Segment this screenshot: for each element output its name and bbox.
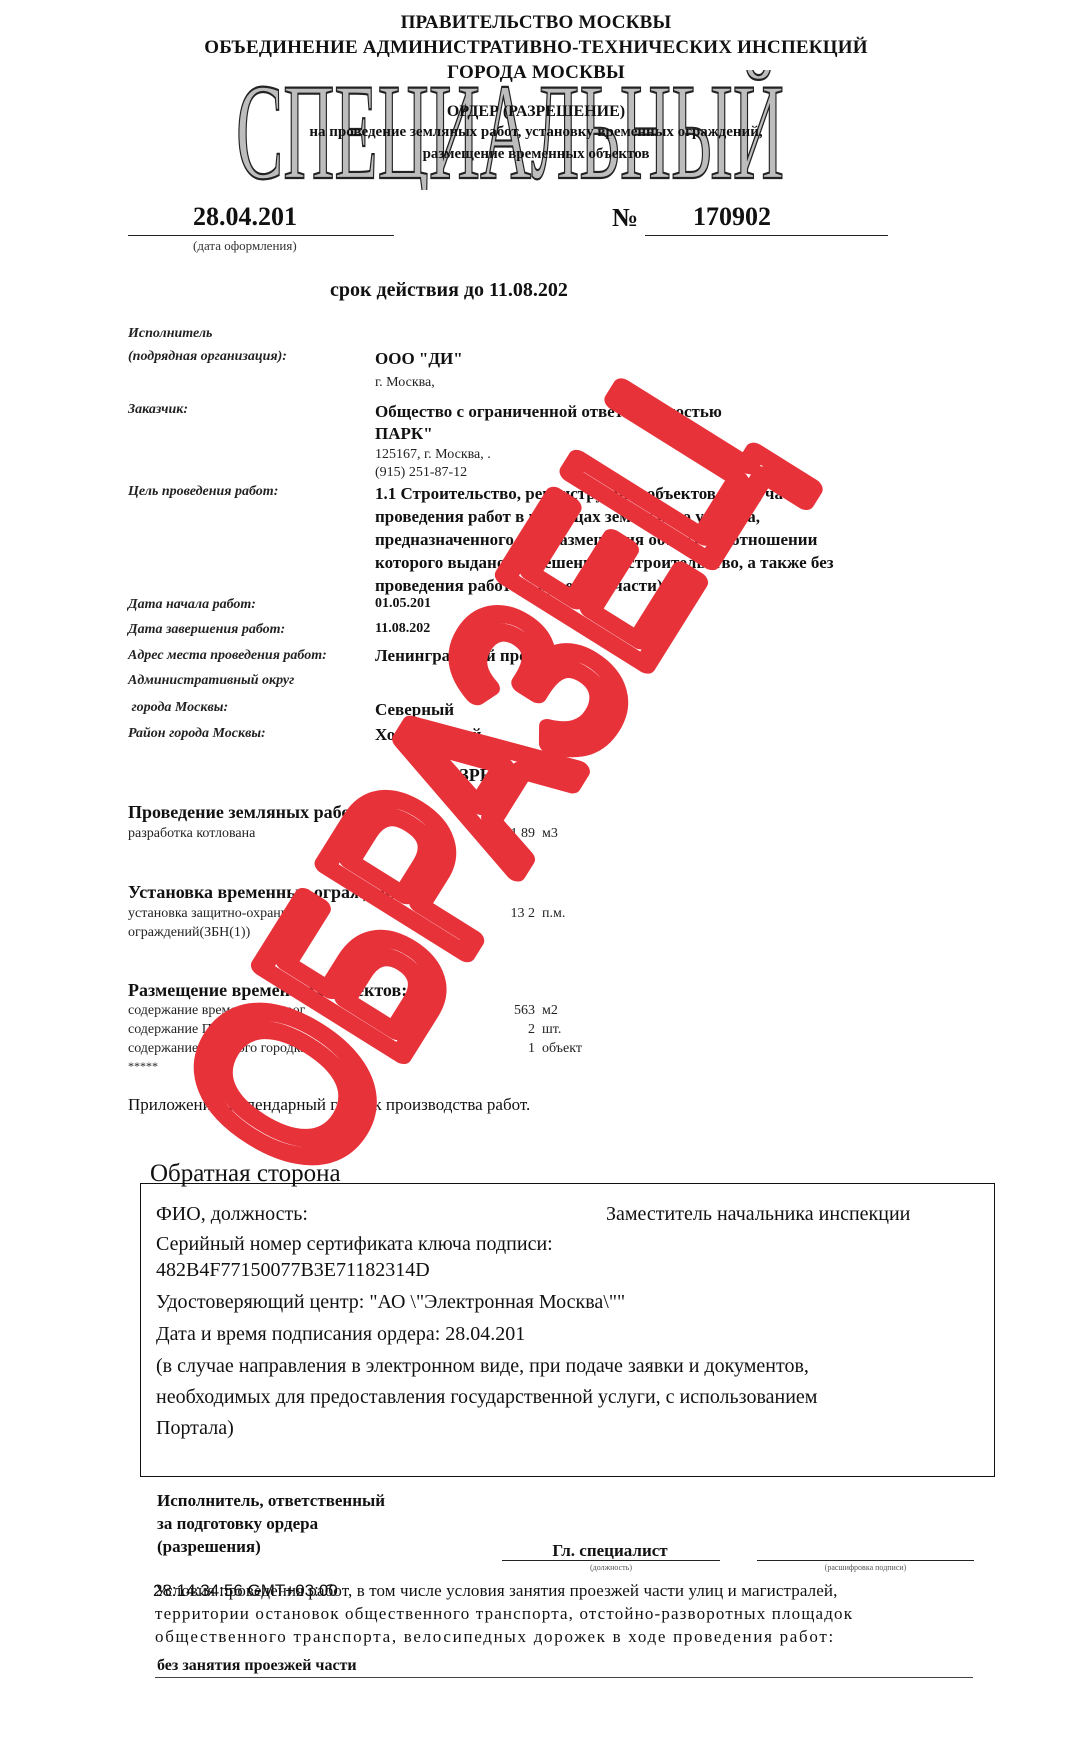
fio-label: ФИО, должность: (156, 1203, 308, 1226)
contractor-name: ООО "ДИ" (375, 349, 463, 369)
work-item-name: установка защитно-охранных (128, 906, 305, 922)
issue-date: 28.04.201 (193, 202, 297, 232)
permitted-title: РАЗРЕШЕНО: (438, 765, 558, 786)
conditions-line: территории остановок общественного транс… (155, 1604, 853, 1624)
work-item-name: содержание временных дорог (128, 1003, 305, 1019)
issue-date-underline (128, 235, 394, 236)
certificate-authority: Удостоверяющий центр: "АО \"Электронная … (156, 1291, 625, 1314)
purpose-line: 1.1 Строительство, реконструкция объекто… (375, 484, 791, 504)
work-item-name: разработка котлована (128, 826, 255, 842)
section-title-earthworks: Проведение земляных работ: (128, 802, 365, 823)
serial-label: Серийный номер сертификата ключа подписи… (156, 1233, 553, 1256)
order-title: ОРДЕР (РАЗРЕШЕНИЕ) (0, 103, 1072, 121)
okrug-label-1: Административный округ (128, 673, 294, 689)
address-label: Адрес места проведения работ: (128, 648, 327, 664)
responsible-label: за подготовку ордера (157, 1514, 318, 1534)
work-item-unit: п.м. (542, 906, 565, 922)
start-date-label: Дата начала работ: (128, 597, 256, 613)
district-label: Район города Москвы: (128, 726, 266, 742)
responsible-position: Гл. специалист (500, 1541, 720, 1561)
purpose-line: проведения работ на проезжей части) (375, 576, 663, 596)
fio-value: Заместитель начальника инспекции (606, 1203, 910, 1226)
signature-caption: (расшифровка подписи) (757, 1563, 974, 1572)
work-item-qty: 13 2 (475, 906, 535, 922)
order-subtitle-2: размещение временных объектов (0, 146, 1072, 163)
work-item-unit: шт. (542, 1022, 561, 1038)
work-item-qty: 1 89 (475, 826, 535, 842)
customer-phone: (915) 251-87-12 (375, 465, 467, 481)
start-date-value: 01.05.201 (375, 596, 431, 612)
serial-value: 482B4F77150077B3E71182314D (156, 1259, 430, 1282)
okrug-value: Северный (375, 700, 454, 720)
issue-date-caption: (дата оформления) (193, 238, 297, 254)
address-value: Ленинградский просп. (375, 646, 549, 666)
timestamp-overlay: 28:14:34:56 GMT+03:00 (153, 1581, 338, 1601)
contractor-label-1: Исполнитель (128, 326, 212, 342)
section-title-temp-objects: Размещение временных объектов: (128, 980, 407, 1001)
work-item-qty: 2 (475, 1022, 535, 1038)
header-organization: ОБЪЕДИНЕНИЕ АДМИНИСТРАТИВНО-ТЕХНИЧЕСКИХ … (0, 37, 1072, 59)
reverse-side-title: Обратная сторона (150, 1160, 341, 1188)
work-item-qty: 1 (475, 1041, 535, 1057)
work-item-name: содержание ПОМК (128, 1022, 244, 1038)
conditions-line: общественного транспорта, велосипедных д… (155, 1627, 835, 1647)
contractor-label-2: (подрядная организация): (128, 349, 287, 365)
work-item-name: содержание бытового городка (128, 1041, 307, 1057)
electronic-note-line: (в случае направления в электронном виде… (156, 1355, 809, 1378)
electronic-note-line: необходимых для предоставления государст… (156, 1386, 817, 1409)
work-item-unit: м3 (542, 826, 558, 842)
end-date-label: Дата завершения работ: (128, 622, 285, 638)
conditions-value: без занятия проезжей части (157, 1657, 357, 1675)
purpose-label: Цель проведения работ: (128, 484, 278, 500)
responsible-label: Исполнитель, ответственный (157, 1491, 385, 1511)
section-title-fences: Установка временных ограждений: (128, 882, 417, 903)
customer-name-2: ПАРК" (375, 424, 433, 444)
purpose-line: которого выдано разрешение на строительс… (375, 553, 834, 573)
work-item-name-cont: ограждений(ЗБН(1)) (128, 925, 250, 941)
position-underline (502, 1560, 720, 1561)
header-government: ПРАВИТЕЛЬСТВО МОСКВЫ (0, 12, 1072, 34)
okrug-label-2: города Москвы: (128, 700, 228, 716)
conditions-underline (155, 1677, 973, 1678)
sign-datetime: Дата и время подписания ордера: 28.04.20… (156, 1323, 525, 1346)
district-value: Хорошевский (375, 725, 481, 745)
order-subtitle-1: на проведение земляных работ, установку … (0, 124, 1072, 141)
end-date-value: 11.08.202 (375, 621, 430, 637)
electronic-note-line: Портала) (156, 1417, 234, 1440)
position-caption: (должность) (502, 1563, 720, 1572)
customer-name-1: Общество с ограниченной ответственностью (375, 402, 722, 422)
appendix-note: Приложение. Календарный график производс… (128, 1095, 530, 1115)
sample-watermark: ОБРАЗЕЦ (0, 0, 1072, 1746)
work-item-unit: объект (542, 1041, 582, 1057)
contractor-city: г. Москва, (375, 375, 435, 391)
order-number-underline (645, 235, 888, 236)
order-number: 170902 (693, 202, 771, 232)
signature-underline (757, 1560, 974, 1561)
purpose-line: предназначенного для размещения объекта,… (375, 530, 817, 550)
work-item-unit: м2 (542, 1003, 558, 1019)
responsible-label: (разрешения) (157, 1537, 261, 1557)
number-sign: № (612, 203, 638, 233)
validity-period: срок действия до 11.08.202 (330, 279, 568, 302)
customer-label: Заказчик: (128, 402, 188, 418)
customer-address: 125167, г. Москва, . (375, 447, 491, 463)
purpose-line: проведения работ в границах земельного у… (375, 507, 760, 527)
section-footer-stars: ***** (128, 1059, 158, 1074)
work-item-qty: 563 (475, 1003, 535, 1019)
